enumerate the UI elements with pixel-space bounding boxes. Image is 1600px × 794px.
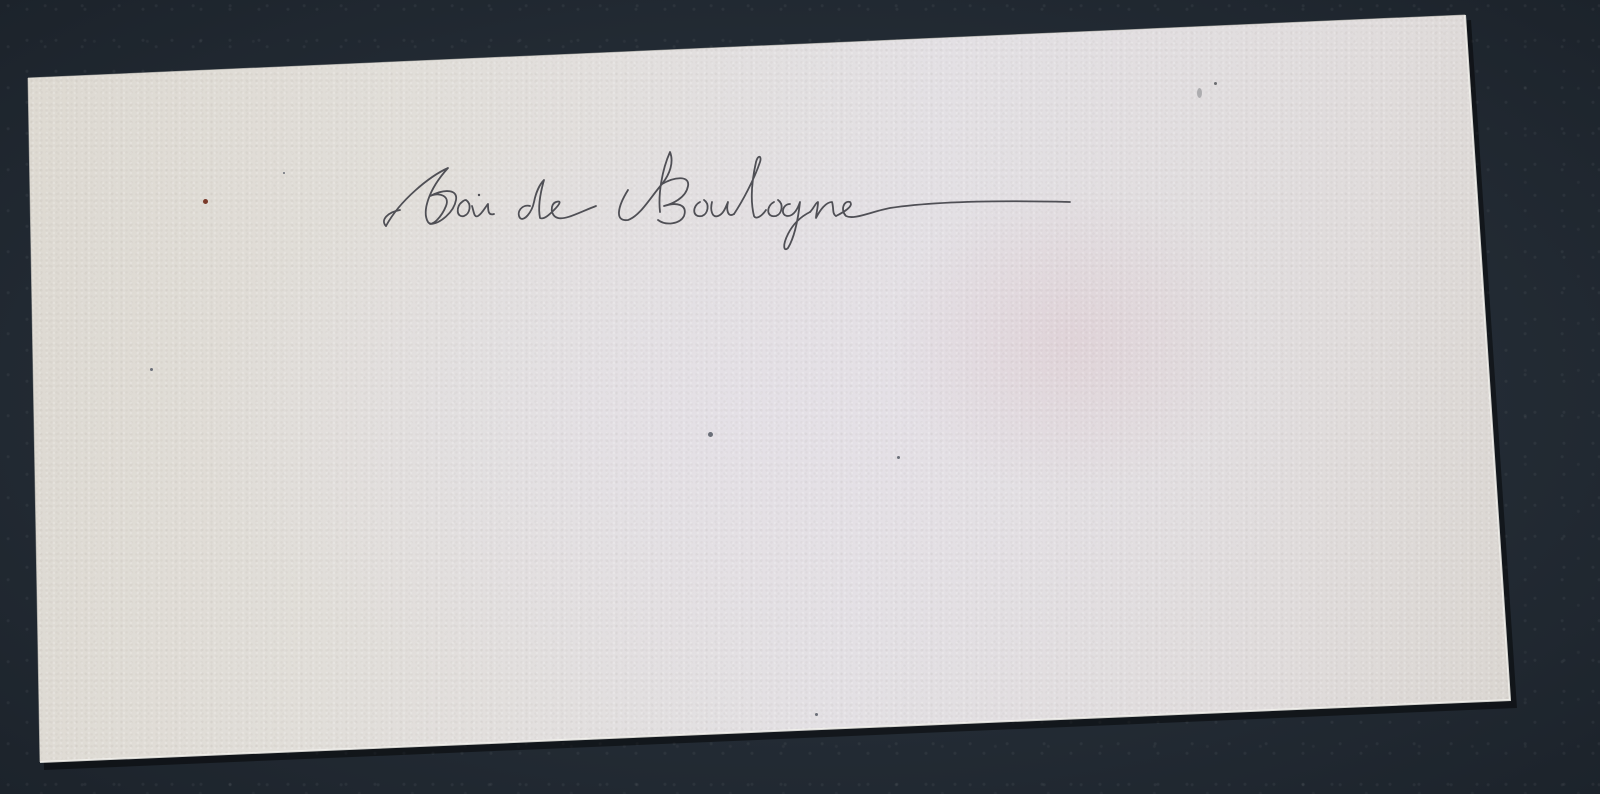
paper-speck [1197,88,1202,98]
paper-speck [708,432,713,437]
paper-speck [815,713,818,716]
paper-speck [1214,82,1217,85]
inscription-text: Bois de Boulogne [0,0,1,1]
paper-speck [283,172,285,174]
paper-speck [897,456,900,459]
handwritten-inscription [370,140,1090,260]
paper-speck [203,199,208,204]
paper-speck [150,368,153,371]
antique-card [0,0,1600,794]
